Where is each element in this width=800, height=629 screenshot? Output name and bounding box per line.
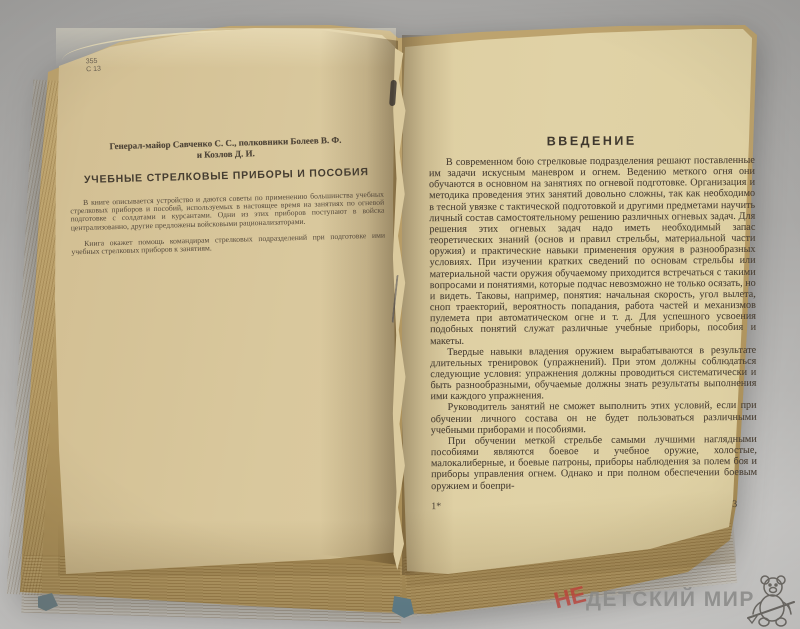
body-paragraph-1: В современном бою стрелковые подразделен… <box>429 155 756 347</box>
book-title: УЧЕБНЫЕ СТРЕЛКОВЫЕ ПРИБОРЫ И ПОСОБИЯ <box>69 166 383 187</box>
call-number-line2: С 13 <box>86 66 101 75</box>
annotation-paragraph-1: В книге описывается устройство и даются … <box>70 191 385 233</box>
page-number: 3 <box>732 499 737 510</box>
body-paragraph-3: Руководитель занятий не сможет выполнить… <box>431 400 757 436</box>
page-footer: 1* 3 <box>431 499 757 512</box>
introduction-heading: ВВЕДЕНИЕ <box>429 133 755 149</box>
signature-mark: 1* <box>431 501 441 512</box>
right-page-text: ВВЕДЕНИЕ В современном бою стрелковые по… <box>429 133 758 512</box>
left-page-text: Генерал-майор Савченко С. С., полковники… <box>68 134 385 264</box>
annotation-paragraph-2: Книга окажет помощь командирам стрелковы… <box>71 231 385 256</box>
body-paragraph-2: Твердые навыки владения оружием вырабаты… <box>430 345 756 403</box>
body-paragraph-4: При обучении меткой стрельбе самыми лучш… <box>431 434 757 492</box>
photo-background: 355 С 13 Генерал-майор Савченко С. С., п… <box>0 0 800 629</box>
library-call-number: 355 С 13 <box>86 58 102 75</box>
